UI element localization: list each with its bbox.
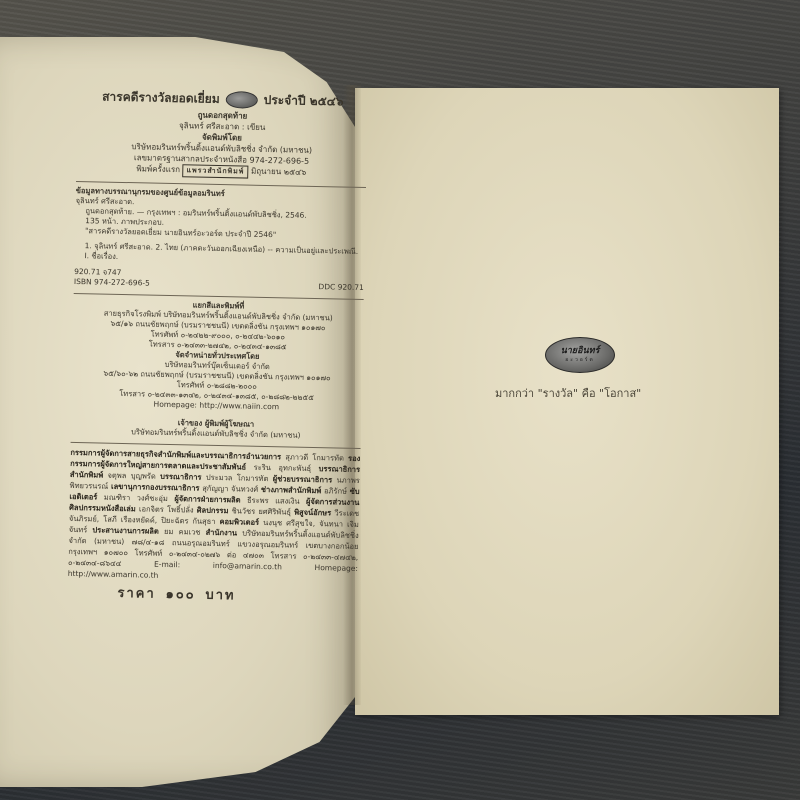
staff-name: มณฑิรา วงศ์ชะอุ่ม bbox=[104, 493, 168, 503]
logo-sub: อะวอร์ด bbox=[565, 356, 594, 364]
staff-credits: กรรมการผู้จัดการสายธุรกิจสำนักพิมพ์และบร… bbox=[68, 447, 361, 585]
office-email: E-mail: info@amarin.co.th bbox=[154, 560, 282, 572]
staff-role: ผู้จัดการฝ่ายการผลิต bbox=[174, 494, 240, 504]
staff-name: สุกัญญา จันทวงศ์ bbox=[202, 484, 258, 494]
staff-name: ยม คมเวช bbox=[164, 527, 201, 537]
logo-brand: นายอินทร์ bbox=[561, 346, 600, 356]
staff-name: ประมวล โกมารทัต bbox=[206, 473, 269, 483]
staff-name: สุภาวดี โกมารทัต bbox=[285, 452, 344, 462]
owner-block: เจ้าของ ผู้พิมพ์ผู้โฆษณา บริษัทอมรินทร์พ… bbox=[71, 416, 361, 442]
series-title: สารคดีรางวัลยอดเยี่ยม bbox=[102, 92, 220, 105]
staff-role: พิสูจน์อักษร bbox=[294, 508, 331, 518]
staff-name: ระริน อุทกะพันธุ์ bbox=[254, 463, 312, 473]
staff-role: คอมพิวเตอร์ bbox=[219, 517, 259, 527]
cip-subjects: 1. จุลินทร์ ศรีสะอาด. 2. ไทย (ภาคตะวันออ… bbox=[74, 241, 364, 267]
award-logo-icon: นายอินทร์ อะวอร์ด bbox=[545, 337, 615, 373]
staff-role: ผู้ช่วยบรรณาธิการ bbox=[273, 474, 333, 484]
staff-role: ศิลปกรรม bbox=[197, 506, 229, 516]
award-year: ประจำปี ๒๕๔๖ bbox=[264, 95, 344, 108]
staff-name: อภิรักษ์ bbox=[324, 486, 347, 495]
cip-ddc: DDC 920.71 bbox=[318, 282, 364, 293]
slogan: มากกว่า "รางวัล" คือ "โอกาส" bbox=[495, 384, 641, 402]
staff-role: ประสานงานการผลิต bbox=[92, 525, 159, 535]
cip-block: ข้อมูลทางบรรณานุกรมของศูนย์ข้อมูลอมรินทร… bbox=[74, 186, 366, 293]
staff-name: ธีระพร แสงเงิน bbox=[247, 496, 300, 506]
staff-name: ชินวัชร ยศศิริพันธุ์ bbox=[232, 506, 292, 516]
award-logo-icon bbox=[226, 91, 258, 109]
distribution-block: จัดจำหน่ายทั่วประเทศโดย บริษัทอมรินทร์บุ… bbox=[71, 348, 362, 414]
office-label: สำนักงาน bbox=[206, 528, 238, 538]
staff-name: เอกจิตร โพธิ์ปลั่ง bbox=[139, 504, 194, 514]
colophon: สารคดีรางวัลยอดเยี่ยม ประจำปี ๒๕๔๖ ฤูนดอ… bbox=[67, 88, 368, 604]
printing-block: แยกสีและพิมพ์ที่ สายธุรกิจโรงพิมพ์ บริษั… bbox=[73, 298, 364, 354]
first-print-stamp: แพรวสำนักพิมพ์ bbox=[182, 164, 248, 178]
cip-isbn: ISBN 974-272-696-5 bbox=[74, 277, 150, 289]
staff-role: บรรณาธิการ bbox=[160, 472, 202, 482]
first-print-date: มิถุนายน ๒๕๔๖ bbox=[251, 167, 306, 177]
first-print-label: พิมพ์ครั้งแรก bbox=[136, 164, 180, 174]
staff-role: ช่างภาพสำนักพิมพ์ bbox=[261, 485, 322, 495]
staff-role: เลขานุการกองบรรณาธิการ bbox=[111, 482, 200, 493]
staff-name: จตุพล บุญพรัด bbox=[107, 471, 155, 481]
